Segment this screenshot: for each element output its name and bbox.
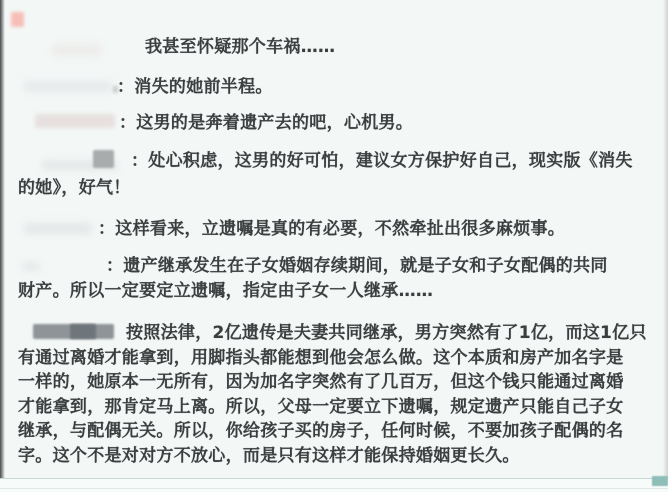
comment-text-line: 财产。所以一定要定立遗嘱，指定由子女一人继承……: [18, 281, 433, 302]
left-edge-shadow: [0, 0, 5, 492]
pink-marker-square: [11, 12, 24, 27]
comment-text-line: ：消失的她前半程。: [117, 77, 273, 98]
comments-screenshot: 我甚至怀疑那个车祸…… ：消失的她前半程。 ：这男的是奔着遗产去的吧，心机男。 …: [0, 0, 668, 492]
redacted-username: [22, 262, 40, 271]
comment-text-line: 我甚至怀疑那个车祸……: [145, 37, 335, 58]
comment-text-line: ：遗产继承发生在子女婚姻存续期间，就是子女和子女配偶的共同: [106, 256, 608, 277]
comment-text-line: ：这样看来，立遗嘱是真的有必要，不然牵扯出很多麻烦事。: [98, 219, 565, 240]
redacted-username: [24, 223, 92, 234]
comment-text-line: 有通过离婚才能拿到，用脚指头都能想到他会怎么做。这个本质和房产加名字是: [18, 348, 624, 369]
redacted-avatar-block: [93, 150, 114, 168]
comment-text-line: 继承，与配偶无关。所以，你给孩子买的房子，任何时候，不要加孩子配偶的名: [18, 421, 624, 442]
redacted-username: [35, 114, 115, 128]
comment-text-line: 的她》，好气！: [18, 178, 131, 199]
comment-text-line: ：处心积虑，这男的好可怕，建议女方保护好自己，现实版《消失: [131, 151, 633, 172]
redacted-username: [52, 44, 102, 56]
bottom-band: [0, 479, 668, 492]
teal-marker-square: [652, 476, 668, 486]
redacted-username: [24, 81, 112, 92]
comment-text-line: 字。这个不是对对方不放心，而是只有这样才能保持婚姻更长久。: [18, 446, 520, 467]
bottom-divider-line-2: [0, 488, 668, 489]
comment-text-line: 一样的，她原本一无所有，因为加名字突然有了几百万，但这个钱只能通过离婚: [18, 372, 624, 393]
right-edge-shadow: [663, 0, 668, 492]
comment-text-line: 按照法律，2亿遗传是夫妻共同继承，男方突然有了1亿，而这1亿只: [126, 323, 647, 344]
comment-text-line: ：这男的是奔着遗产去的吧，心机男。: [119, 113, 413, 134]
redacted-username-segment: [70, 324, 96, 339]
comment-text-line: 才能拿到，那肯定马上离。所以，父母一定要立下遗嘱，规定遗产只能自己子女: [18, 397, 624, 418]
